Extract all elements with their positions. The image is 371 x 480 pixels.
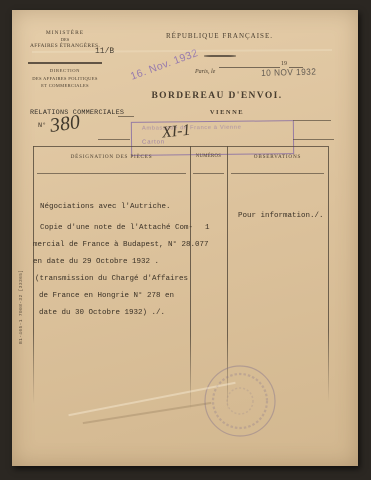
number-label: N°: [38, 122, 46, 130]
ministry-line: AFFAIRES ÉTRANGÈRES.: [28, 43, 102, 49]
document-title: BORDEREAU D'ENVOI.: [150, 91, 284, 101]
registry-date-stamp: 16. Nov. 1932: [129, 47, 200, 83]
direction-block: DIRECTION DES AFFAIRES POLITIQUES ET COM…: [26, 68, 104, 88]
table-column-divider: [190, 146, 191, 410]
archive-stamp-line1: Ambassade de France à Vienne: [142, 125, 242, 132]
header-underline: [231, 173, 324, 174]
column-header-observations: OBSERVATIONS: [227, 154, 328, 160]
document-subtitle: VIENNE: [205, 109, 249, 116]
date-received-stamp: 10 NOV 1932: [261, 67, 316, 78]
place-label: Paris, le: [195, 69, 215, 75]
designation-line: mercial de France à Budapest, N° 28.077: [33, 241, 209, 249]
observation-value: Pour information./.: [238, 212, 324, 220]
ministry-line: MINISTÈRE: [28, 30, 102, 36]
designation-line: Copie d'une note de l'Attaché Com-: [40, 224, 193, 232]
ministry-ref: 11/B: [95, 47, 114, 56]
column-header-numeros: NUMÉROS: [190, 154, 227, 159]
scanned-document: MINISTÈRE DES AFFAIRES ÉTRANGÈRES. 11/B …: [0, 0, 371, 480]
table-left-border: [33, 146, 34, 404]
direction-line: ET COMMERCIALES: [26, 83, 104, 88]
year-label: 19: [281, 61, 287, 67]
designation-line: Négociations avec l'Autriche.: [40, 203, 171, 211]
direction-line: DIRECTION: [26, 68, 104, 73]
form-rule: [293, 139, 334, 140]
archive-stamp-box: Ambassade de France à Vienne Carton: [131, 120, 294, 156]
circular-seal-stamp: [200, 361, 280, 441]
designation-line: (transmission du Chargé d'Affaires: [35, 275, 188, 283]
paper-crease: [83, 402, 212, 424]
republic-heading: RÉPUBLIQUE FRANÇAISE.: [162, 32, 277, 40]
margin-print-code: B1-465-1 7008-32 [33365]: [19, 232, 24, 344]
header-underline: [193, 173, 224, 174]
designation-line: date du 30 Octobre 1932) ./.: [39, 309, 165, 317]
paper-sheet: MINISTÈRE DES AFFAIRES ÉTRANGÈRES. 11/B …: [12, 10, 358, 466]
service-blank-line: [118, 116, 134, 117]
carton-label: Carton: [142, 139, 165, 145]
header-underline: [37, 173, 186, 174]
ministry-line: DES: [28, 37, 102, 42]
direction-line: DES AFFAIRES POLITIQUES: [26, 76, 104, 81]
handwritten-carton-number: XI-1: [161, 122, 191, 143]
column-header-designation: DÉSIGNATION DES PIÈCES: [33, 154, 190, 160]
form-rule: [98, 139, 130, 140]
form-rule: [293, 120, 331, 121]
designation-line: de France en Hongrie N° 278 en: [39, 292, 174, 300]
letterhead-divider: [28, 62, 102, 64]
designation-line: en date du 29 Octobre 1932 .: [33, 258, 159, 266]
handwritten-number: 380: [49, 111, 82, 138]
ministry-block: MINISTÈRE DES AFFAIRES ÉTRANGÈRES.: [28, 30, 102, 49]
republic-flourish: [204, 55, 236, 57]
numero-value: 1: [205, 224, 210, 232]
table-top-border: [33, 146, 328, 147]
table-right-border: [328, 146, 329, 402]
